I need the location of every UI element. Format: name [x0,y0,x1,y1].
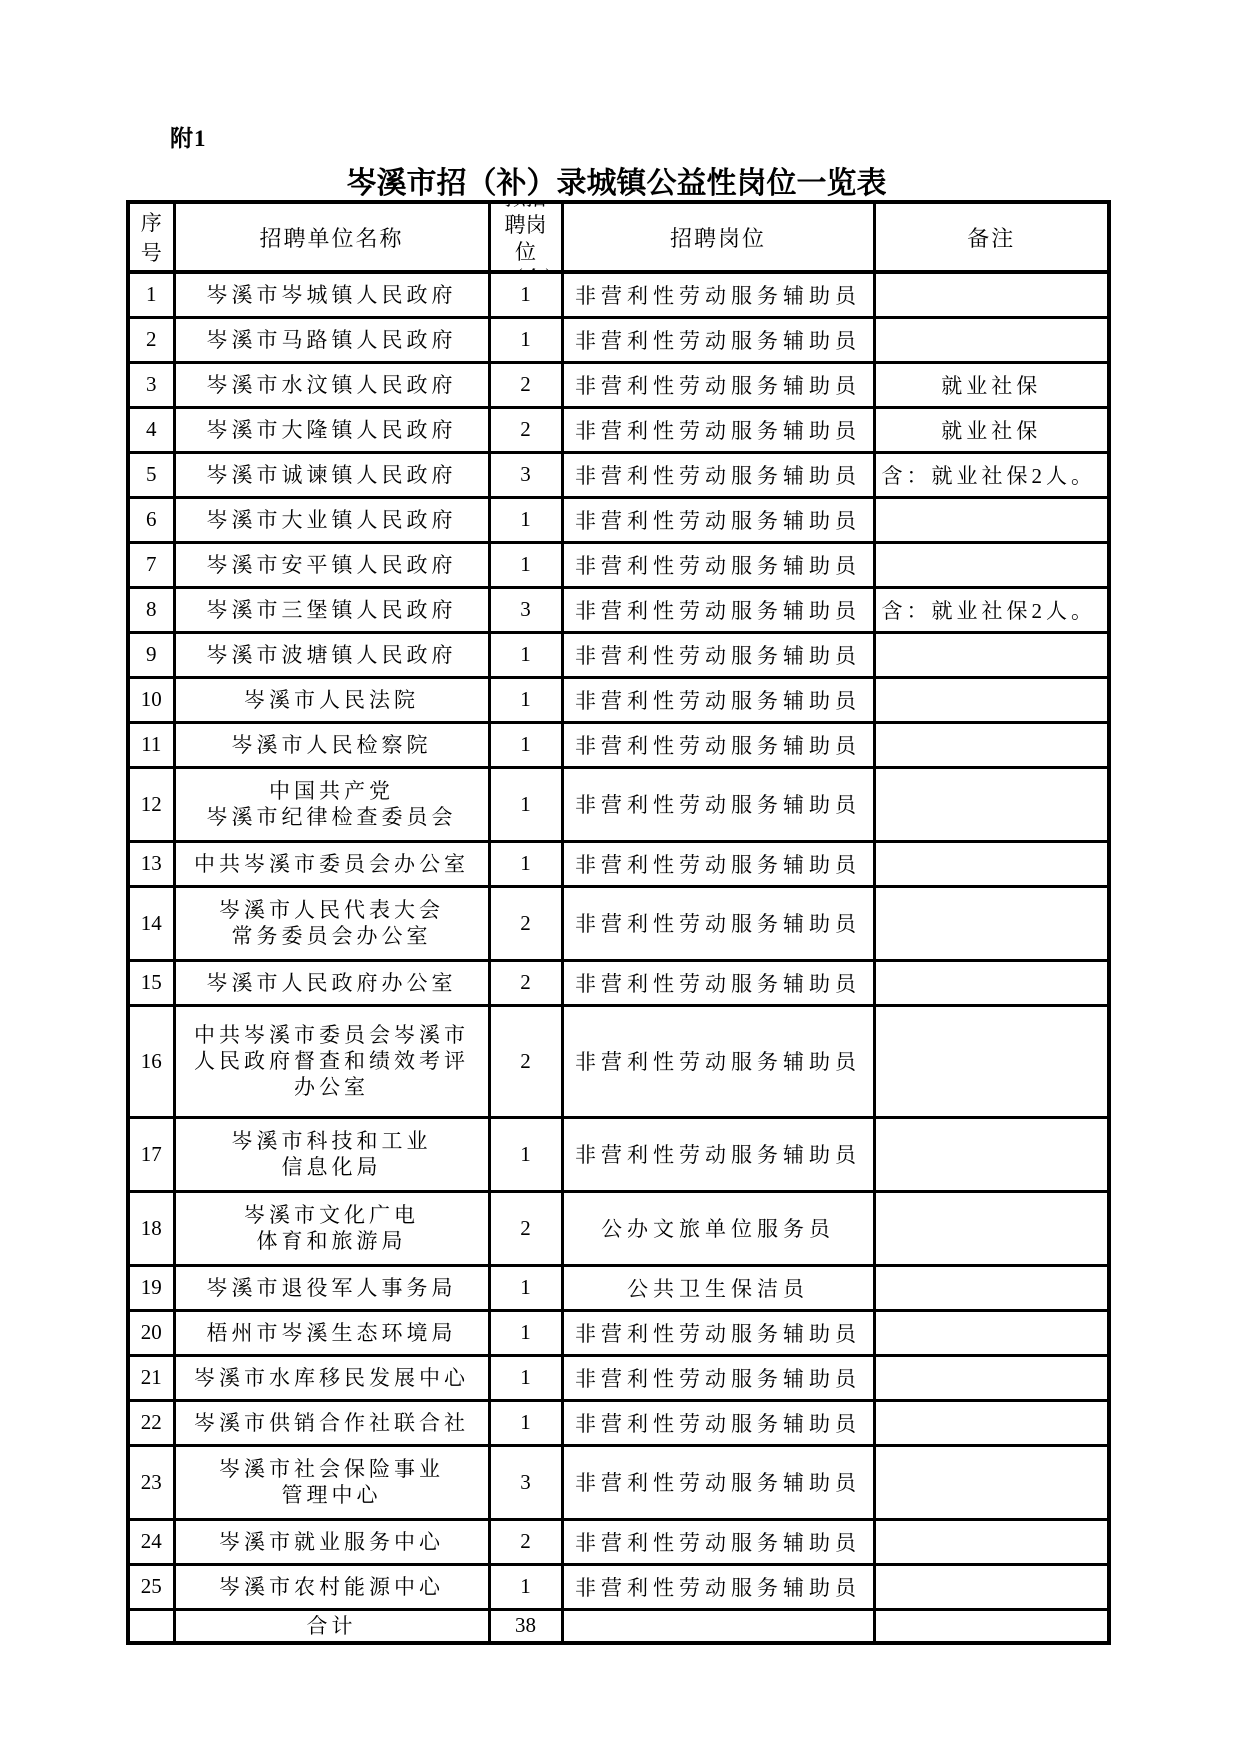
cell-quota: 2 [489,960,562,1005]
cell-unit-name: 岑溪市人民检察院 [174,722,489,767]
cell-remark [874,1355,1109,1400]
cell-position: 非营利性劳动服务辅助员 [562,960,874,1005]
cell-remark [874,722,1109,767]
cell-serial-number: 25 [128,1564,174,1609]
table-row: 20 梧州市岑溪生态环境局 1 非营利性劳动服务辅助员 [128,1310,1109,1355]
cell-position: 非营利性劳动服务辅助员 [562,886,874,960]
table-row: 11 岑溪市人民检察院 1 非营利性劳动服务辅助员 [128,722,1109,767]
header-remark: 备注 [874,202,1109,272]
cell-serial-number: 9 [128,632,174,677]
positions-table: 序号 招聘单位名称 拟招聘岗位（个） 招聘岗位 备注 1 岑溪市岑城镇人民政府 … [126,200,1111,1645]
total-label: 合计 [174,1609,489,1643]
cell-remark: 含：就业社保2人。 [874,587,1109,632]
table-row: 13 中共岑溪市委员会办公室 1 非营利性劳动服务辅助员 [128,841,1109,886]
cell-remark [874,542,1109,587]
cell-unit-name: 中国共产党 岑溪市纪律检查委员会 [174,767,489,841]
cell-quota: 2 [489,886,562,960]
cell-remark: 就业社保 [874,407,1109,452]
cell-serial-number: 6 [128,497,174,542]
document-title: 岑溪市招（补）录城镇公益性岗位一览表 [126,158,1107,202]
cell-unit-name: 岑溪市大隆镇人民政府 [174,407,489,452]
cell-unit-name: 岑溪市人民代表大会 常务委员会办公室 [174,886,489,960]
cell-quota: 1 [489,767,562,841]
cell-position: 非营利性劳动服务辅助员 [562,542,874,587]
table-row: 19 岑溪市退役军人事务局 1 公共卫生保洁员 [128,1265,1109,1310]
cell-quota: 1 [489,1265,562,1310]
cell-unit-name: 岑溪市三堡镇人民政府 [174,587,489,632]
cell-serial-number: 19 [128,1265,174,1310]
cell-position: 非营利性劳动服务辅助员 [562,1355,874,1400]
cell-serial-number: 18 [128,1191,174,1265]
cell-position: 非营利性劳动服务辅助员 [562,1519,874,1564]
cell-quota: 1 [489,1564,562,1609]
table-row: 22 岑溪市供销合作社联合社 1 非营利性劳动服务辅助员 [128,1400,1109,1445]
cell-serial-number: 21 [128,1355,174,1400]
cell-remark [874,1564,1109,1609]
cell-quota: 2 [489,1005,562,1117]
cell-remark [874,1117,1109,1191]
cell-serial-number: 5 [128,452,174,497]
table-row: 8 岑溪市三堡镇人民政府 3 非营利性劳动服务辅助员 含：就业社保2人。 [128,587,1109,632]
header-position: 招聘岗位 [562,202,874,272]
cell-unit-name: 岑溪市就业服务中心 [174,1519,489,1564]
table-row: 23 岑溪市社会保险事业 管理中心 3 非营利性劳动服务辅助员 [128,1445,1109,1519]
table-row: 6 岑溪市大业镇人民政府 1 非营利性劳动服务辅助员 [128,497,1109,542]
cell-serial-number: 15 [128,960,174,1005]
cell-unit-name: 岑溪市文化广电 体育和旅游局 [174,1191,489,1265]
cell-unit-name: 岑溪市水库移民发展中心 [174,1355,489,1400]
cell-serial-number: 23 [128,1445,174,1519]
cell-unit-name: 岑溪市人民政府办公室 [174,960,489,1005]
cell-unit-name: 岑溪市水汶镇人民政府 [174,362,489,407]
table-row: 9 岑溪市波塘镇人民政府 1 非营利性劳动服务辅助员 [128,632,1109,677]
table-row: 3 岑溪市水汶镇人民政府 2 非营利性劳动服务辅助员 就业社保 [128,362,1109,407]
cell-serial-number: 7 [128,542,174,587]
cell-quota: 1 [489,1400,562,1445]
cell-quota: 1 [489,272,562,317]
table-row: 10 岑溪市人民法院 1 非营利性劳动服务辅助员 [128,677,1109,722]
cell-remark [874,317,1109,362]
cell-unit-name: 中共岑溪市委员会岑溪市 人民政府督查和绩效考评 办公室 [174,1005,489,1117]
cell-unit-name: 岑溪市诚谏镇人民政府 [174,452,489,497]
cell-remark [874,677,1109,722]
cell-unit-name: 岑溪市社会保险事业 管理中心 [174,1445,489,1519]
total-quota-value: 38 [489,1609,562,1643]
cell-position: 非营利性劳动服务辅助员 [562,1400,874,1445]
cell-position: 非营利性劳动服务辅助员 [562,1310,874,1355]
cell-unit-name: 岑溪市科技和工业 信息化局 [174,1117,489,1191]
cell-remark [874,886,1109,960]
cell-serial-number: 10 [128,677,174,722]
cell-serial-number: 4 [128,407,174,452]
cell-quota: 1 [489,497,562,542]
cell-remark [874,497,1109,542]
cell-serial-number: 11 [128,722,174,767]
cell-remark [874,1310,1109,1355]
cell-serial-number: 13 [128,841,174,886]
cell-quota: 3 [489,452,562,497]
cell-position: 非营利性劳动服务辅助员 [562,841,874,886]
header-quota-clip-box: 拟招聘岗位（个） [491,202,561,272]
table-row: 21 岑溪市水库移民发展中心 1 非营利性劳动服务辅助员 [128,1355,1109,1400]
cell-position: 非营利性劳动服务辅助员 [562,587,874,632]
cell-position: 非营利性劳动服务辅助员 [562,1445,874,1519]
cell-position: 非营利性劳动服务辅助员 [562,1117,874,1191]
header-quota: 拟招聘岗位（个） [489,202,562,272]
table-row: 14 岑溪市人民代表大会 常务委员会办公室 2 非营利性劳动服务辅助员 [128,886,1109,960]
table-row: 15 岑溪市人民政府办公室 2 非营利性劳动服务辅助员 [128,960,1109,1005]
cell-quota: 1 [489,1355,562,1400]
header-quota-text: 拟招聘岗位（个） [503,202,549,272]
cell-quota: 1 [489,722,562,767]
cell-position: 非营利性劳动服务辅助员 [562,452,874,497]
table-row: 5 岑溪市诚谏镇人民政府 3 非营利性劳动服务辅助员 含：就业社保2人。 [128,452,1109,497]
cell-serial-number: 1 [128,272,174,317]
cell-position: 非营利性劳动服务辅助员 [562,407,874,452]
cell-remark [874,1400,1109,1445]
total-position-cell [562,1609,874,1643]
table-row: 25 岑溪市农村能源中心 1 非营利性劳动服务辅助员 [128,1564,1109,1609]
cell-serial-number: 16 [128,1005,174,1117]
table-row: 24 岑溪市就业服务中心 2 非营利性劳动服务辅助员 [128,1519,1109,1564]
cell-position: 非营利性劳动服务辅助员 [562,632,874,677]
table-body: 1 岑溪市岑城镇人民政府 1 非营利性劳动服务辅助员 2 岑溪市马路镇人民政府 … [128,272,1109,1609]
cell-remark [874,767,1109,841]
cell-position: 非营利性劳动服务辅助员 [562,497,874,542]
cell-serial-number: 17 [128,1117,174,1191]
cell-position: 公共卫生保洁员 [562,1265,874,1310]
cell-unit-name: 岑溪市农村能源中心 [174,1564,489,1609]
table-row: 2 岑溪市马路镇人民政府 1 非营利性劳动服务辅助员 [128,317,1109,362]
cell-serial-number: 12 [128,767,174,841]
cell-quota: 3 [489,587,562,632]
cell-quota: 1 [489,1117,562,1191]
cell-quota: 2 [489,407,562,452]
cell-quota: 1 [489,677,562,722]
total-serial-cell [128,1609,174,1643]
cell-serial-number: 22 [128,1400,174,1445]
table-row: 17 岑溪市科技和工业 信息化局 1 非营利性劳动服务辅助员 [128,1117,1109,1191]
cell-quota: 1 [489,1310,562,1355]
total-row: 合计 38 [128,1609,1109,1643]
cell-unit-name: 岑溪市大业镇人民政府 [174,497,489,542]
table-row: 4 岑溪市大隆镇人民政府 2 非营利性劳动服务辅助员 就业社保 [128,407,1109,452]
header-serial-number: 序号 [128,202,174,272]
cell-quota: 1 [489,317,562,362]
cell-unit-name: 岑溪市供销合作社联合社 [174,1400,489,1445]
cell-remark [874,960,1109,1005]
attachment-label: 附1 [170,120,207,153]
cell-position: 非营利性劳动服务辅助员 [562,317,874,362]
cell-quota: 3 [489,1445,562,1519]
cell-position: 非营利性劳动服务辅助员 [562,1005,874,1117]
cell-serial-number: 2 [128,317,174,362]
table-row: 7 岑溪市安平镇人民政府 1 非营利性劳动服务辅助员 [128,542,1109,587]
header-row: 序号 招聘单位名称 拟招聘岗位（个） 招聘岗位 备注 [128,202,1109,272]
cell-remark [874,1519,1109,1564]
cell-remark [874,841,1109,886]
cell-remark: 就业社保 [874,362,1109,407]
table-row: 16 中共岑溪市委员会岑溪市 人民政府督查和绩效考评 办公室 2 非营利性劳动服… [128,1005,1109,1117]
cell-position: 非营利性劳动服务辅助员 [562,767,874,841]
cell-serial-number: 20 [128,1310,174,1355]
cell-remark [874,1191,1109,1265]
cell-quota: 1 [489,841,562,886]
cell-quota: 2 [489,362,562,407]
table-row: 1 岑溪市岑城镇人民政府 1 非营利性劳动服务辅助员 [128,272,1109,317]
cell-unit-name: 梧州市岑溪生态环境局 [174,1310,489,1355]
cell-remark [874,1445,1109,1519]
cell-remark [874,272,1109,317]
cell-quota: 2 [489,1191,562,1265]
header-unit-name: 招聘单位名称 [174,202,489,272]
cell-position: 非营利性劳动服务辅助员 [562,272,874,317]
cell-serial-number: 24 [128,1519,174,1564]
cell-unit-name: 岑溪市马路镇人民政府 [174,317,489,362]
cell-position: 非营利性劳动服务辅助员 [562,362,874,407]
cell-unit-name: 岑溪市人民法院 [174,677,489,722]
cell-position: 非营利性劳动服务辅助员 [562,677,874,722]
cell-serial-number: 3 [128,362,174,407]
cell-unit-name: 岑溪市退役军人事务局 [174,1265,489,1310]
cell-unit-name: 岑溪市安平镇人民政府 [174,542,489,587]
document-page: 附1 岑溪市招（补）录城镇公益性岗位一览表 序号 招聘单位名称 拟招聘岗位（个）… [0,0,1240,1753]
cell-remark [874,1005,1109,1117]
total-remark-cell [874,1609,1109,1643]
cell-position: 非营利性劳动服务辅助员 [562,722,874,767]
cell-unit-name: 岑溪市波塘镇人民政府 [174,632,489,677]
cell-quota: 1 [489,632,562,677]
cell-unit-name: 中共岑溪市委员会办公室 [174,841,489,886]
cell-remark [874,632,1109,677]
cell-quota: 1 [489,542,562,587]
cell-unit-name: 岑溪市岑城镇人民政府 [174,272,489,317]
cell-remark: 含：就业社保2人。 [874,452,1109,497]
cell-position: 公办文旅单位服务员 [562,1191,874,1265]
cell-remark [874,1265,1109,1310]
cell-quota: 2 [489,1519,562,1564]
table-row: 18 岑溪市文化广电 体育和旅游局 2 公办文旅单位服务员 [128,1191,1109,1265]
cell-position: 非营利性劳动服务辅助员 [562,1564,874,1609]
table-row: 12 中国共产党 岑溪市纪律检查委员会 1 非营利性劳动服务辅助员 [128,767,1109,841]
cell-serial-number: 8 [128,587,174,632]
cell-serial-number: 14 [128,886,174,960]
